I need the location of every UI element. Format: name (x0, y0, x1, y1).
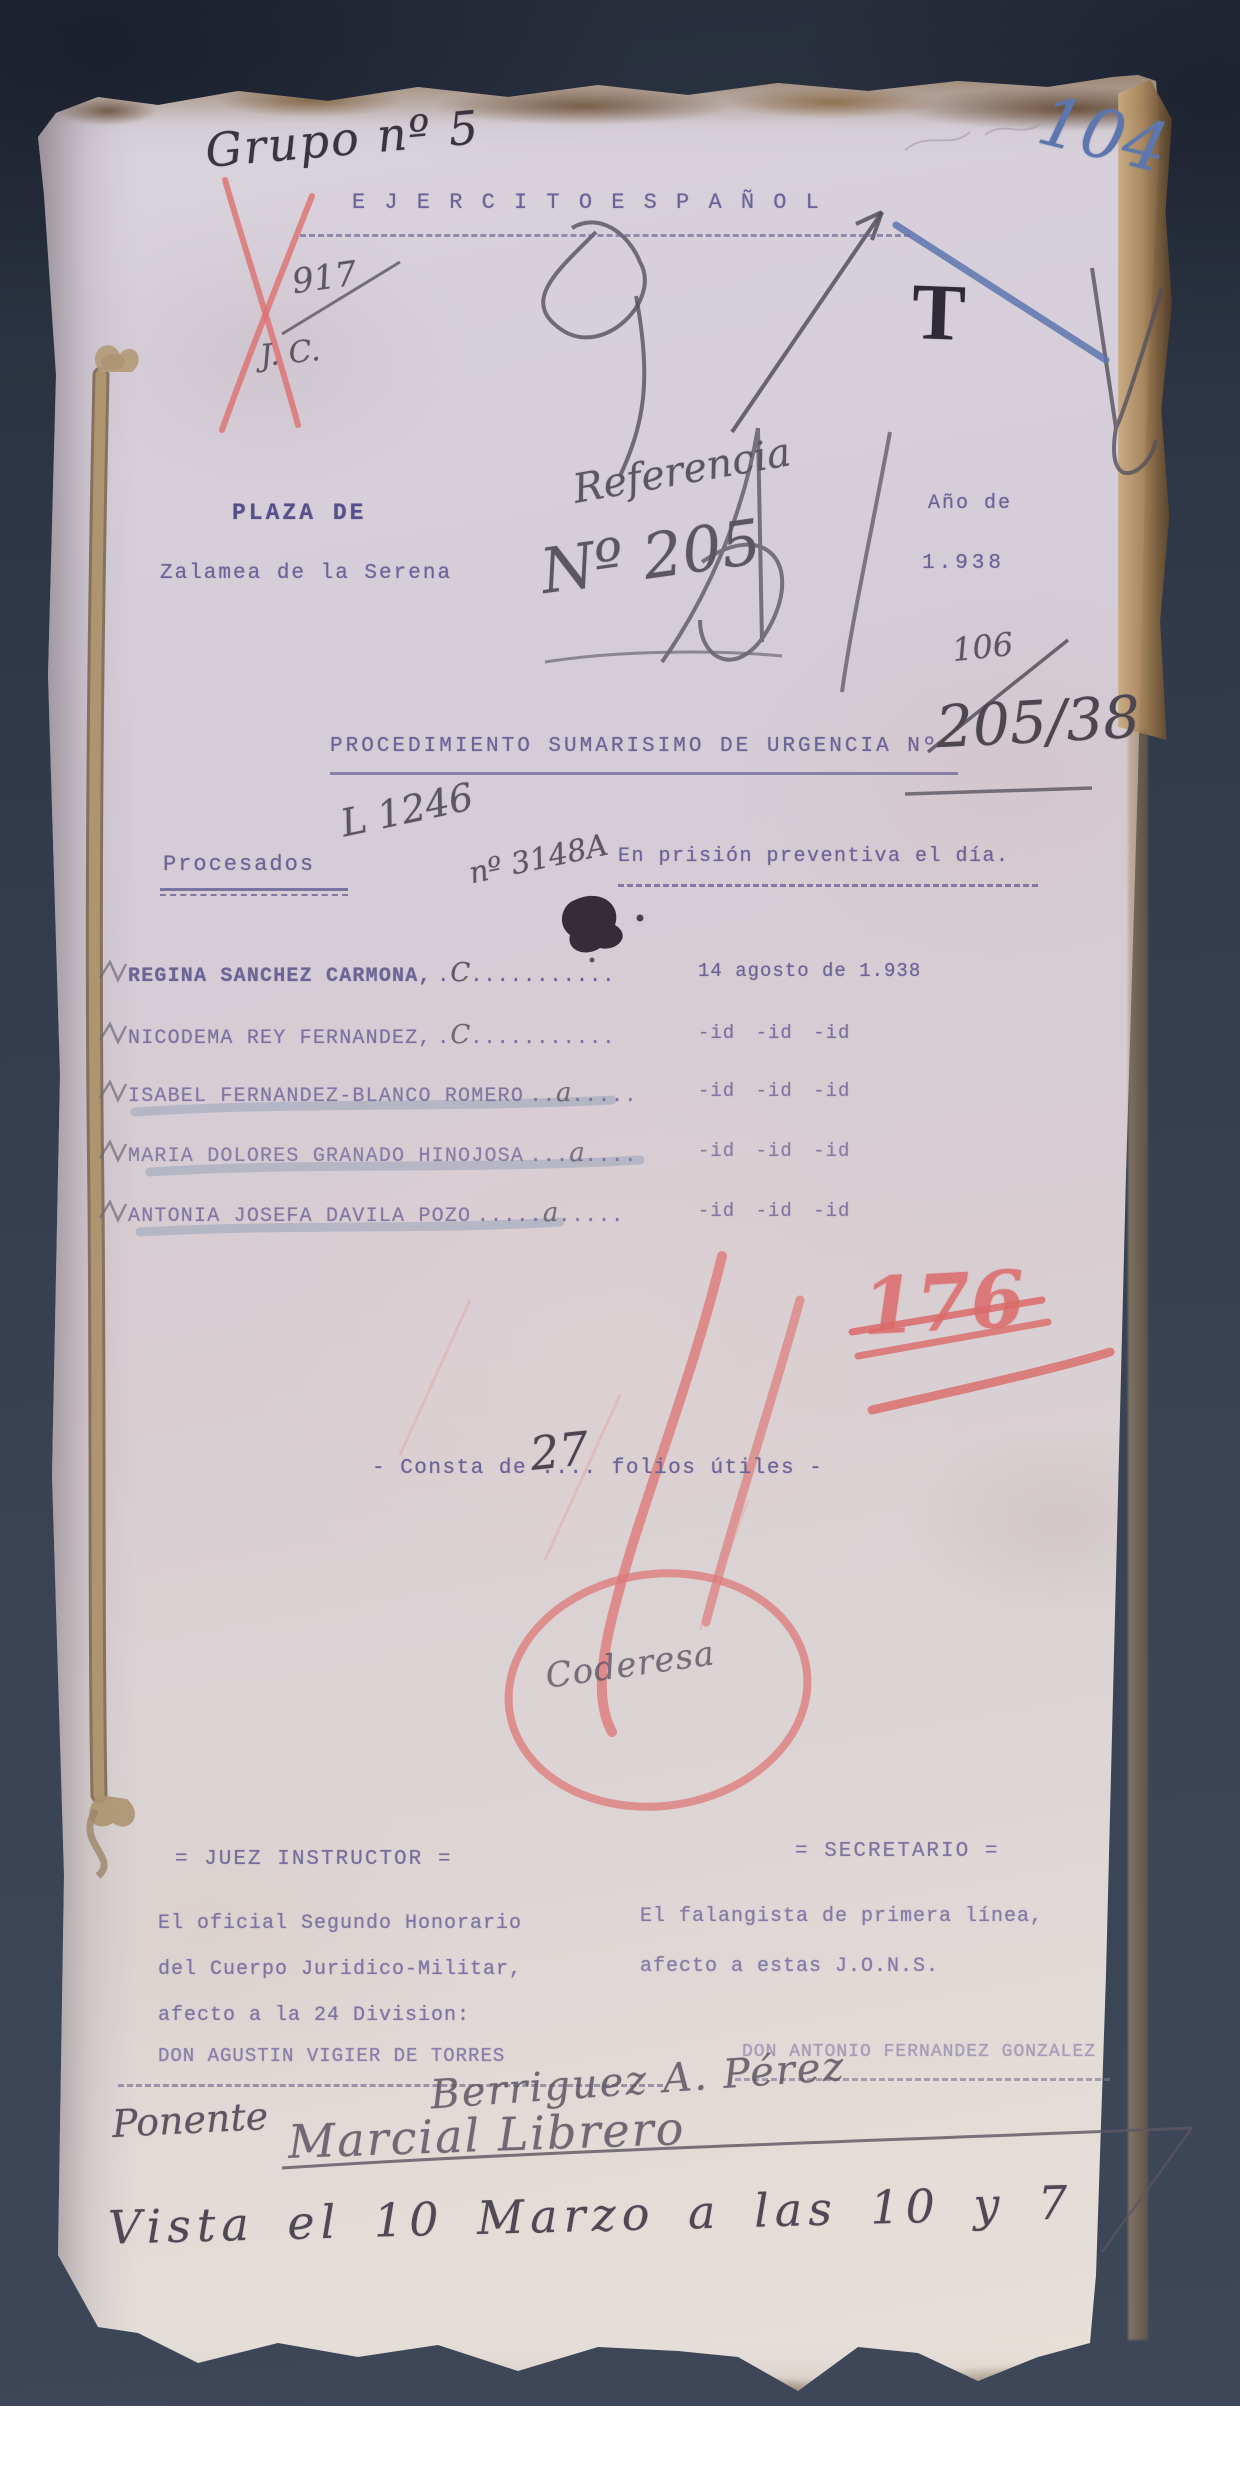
handwritten-letter: a (556, 1078, 572, 1108)
secretario-line-1: El falangista de primera línea, (640, 1905, 1043, 1928)
procesados-underline (160, 888, 348, 891)
juez-line-2: del Cuerpo Juridico-Militar, (158, 1958, 522, 1981)
folios-text-left: - Consta de . (372, 1457, 555, 1480)
handwritten-letter: a (569, 1138, 585, 1168)
detention-date: -id -id -id (698, 1022, 850, 1044)
handwritten-letter: C (450, 958, 470, 988)
table-row: ISABEL FERNANDEZ-BLANCO ROMERO ..a..... (128, 1078, 638, 1108)
folios-count-handwritten: 27 (527, 1421, 591, 1481)
dots-leader: ..... (558, 1205, 624, 1228)
juez-title: = JUEZ INSTRUCTOR = (175, 1848, 452, 1871)
juez-name: DON AGUSTIN VIGIER DE TORRES (158, 2045, 505, 2067)
plaza-label: PLAZA DE (232, 500, 366, 526)
army-title-dashed-rule (300, 234, 910, 237)
prision-underline (618, 884, 1038, 887)
detention-date: -id -id -id (698, 1200, 850, 1222)
column-header-procesados: Procesados (163, 852, 315, 877)
scanned-document-photo: Grupo nº 5 917 J. C. E J E R C I T O E S… (0, 0, 1240, 2479)
procesados-underline-dashed (160, 894, 348, 896)
red-folio-176: 176 (860, 1254, 1027, 1353)
army-title: E J E R C I T O E S P A Ñ O L (352, 190, 822, 215)
secretario-title: = SECRETARIO = (795, 1840, 999, 1863)
bottom-torn-stain (38, 2335, 1173, 2406)
handwritten-letter: C (450, 1020, 470, 1050)
dots-leader: .... (585, 1145, 638, 1168)
procedure-title: PROCEDIMIENTO SUMARISIMO DE URGENCIA Nº (330, 735, 938, 758)
bottom-white-margin (0, 2406, 1240, 2479)
prisoner-name: NICODEMA REY FERNANDEZ, (128, 1027, 432, 1050)
dots-leader: . (437, 1027, 450, 1050)
prisoner-name: REGINA SANCHEZ CARMONA, (128, 965, 432, 988)
procedure-title-underline (330, 772, 958, 775)
juez-line-1: El oficial Segundo Honorario (158, 1912, 522, 1935)
detention-date: -id -id -id (698, 1140, 850, 1162)
dots-leader: ..... (572, 1085, 638, 1108)
photo-background: Grupo nº 5 917 J. C. E J E R C I T O E S… (0, 0, 1240, 2406)
prisoner-name: ANTONIA JOSEFA DAVILA POZO (128, 1205, 471, 1228)
year-label: Año de (928, 492, 1012, 515)
secretario-line-2: afecto a estas J.O.N.S. (640, 1955, 939, 1978)
dots-leader: . (437, 965, 450, 988)
dots-leader: ... (530, 1145, 570, 1168)
dots-leader: .. (530, 1085, 556, 1108)
dots-leader: ........... (470, 965, 615, 988)
folios-text-right: ... folios útiles - (555, 1457, 823, 1480)
spine-fold-shading (38, 75, 138, 2406)
prisoner-name: MARIA DOLORES GRANADO HINOJOSA (128, 1145, 524, 1168)
table-row: REGINA SANCHEZ CARMONA, .C........... (128, 958, 616, 988)
ponente-annotation: Ponente (111, 2094, 269, 2146)
dots-leader: ........... (470, 1027, 615, 1050)
table-row: NICODEMA REY FERNANDEZ, .C........... (128, 1020, 616, 1050)
dots-leader: ..... (477, 1205, 543, 1228)
prisoner-name: ISABEL FERNANDEZ-BLANCO ROMERO (128, 1085, 524, 1108)
handwritten-letter: a (543, 1198, 559, 1228)
table-row: MARIA DOLORES GRANADO HINOJOSA ...a.... (128, 1138, 638, 1168)
page-block-edge-lower (1128, 730, 1148, 2340)
juez-line-3: afecto a la 24 Division: (158, 2004, 470, 2027)
detention-date: 14 agosto de 1.938 (698, 960, 921, 982)
procedure-number: 205/38 (934, 683, 1141, 762)
detention-date: -id -id -id (698, 1080, 850, 1102)
table-row: ANTONIA JOSEFA DAVILA POZO .....a..... (128, 1198, 624, 1228)
folio-106-annotation: 106 (950, 625, 1015, 669)
plaza-value: Zalamea de la Serena (160, 562, 452, 585)
column-header-prision: En prisión preventiva el día. (618, 845, 1010, 868)
year-value: 1.938 (922, 552, 1005, 575)
t-mark: T (910, 267, 967, 360)
folios-line: - Consta de .... folios útiles - (372, 1455, 823, 1480)
initials-annotation: J. C. (258, 333, 322, 374)
